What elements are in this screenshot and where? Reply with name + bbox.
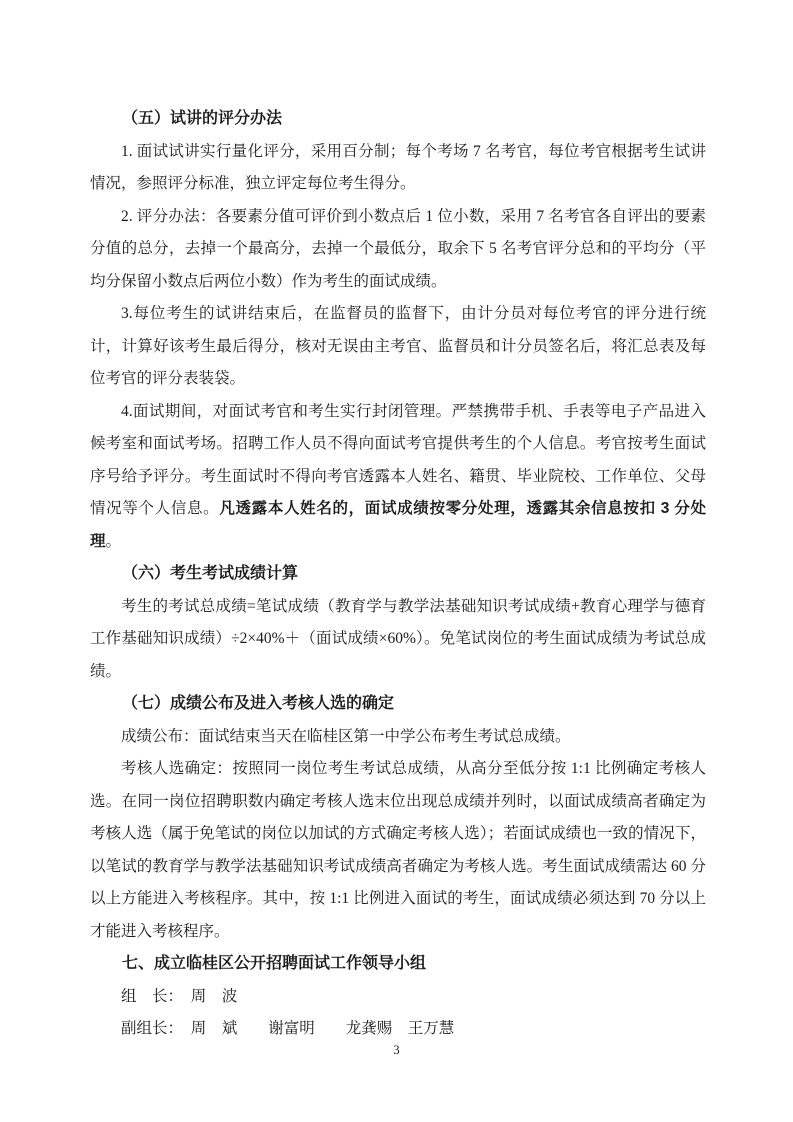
paragraph-scoring-2: 2. 评分办法：各要素分值可评价到小数点后 1 位小数，采用 7 名考官各自评出… — [90, 201, 706, 299]
section-heading-7: （七）成绩公布及进入考核人选的确定 — [90, 688, 706, 721]
paragraph-score-formula: 考生的考试总成绩=笔试成绩（教育学与教学法基础知识考试成绩+教育心理学与德育工作… — [90, 591, 706, 689]
section-heading-leader-group: 七、成立临桂区公开招聘面试工作领导小组 — [90, 948, 706, 981]
page-number: 3 — [0, 1042, 793, 1058]
paragraph-scoring-3: 3.每位考生的试讲结束后，在监督员的监督下，由计分员对每位考官的评分进行统计，计… — [90, 298, 706, 396]
paragraph-scoring-1: 1. 面试试讲实行量化评分，采用百分制；每个考场 7 名考官，每位考官根据考生试… — [90, 136, 706, 201]
paragraph-score-announcement: 成绩公布：面试结束当天在临桂区第一中学公布考生考试总成绩。 — [90, 721, 706, 754]
section-heading-5: （五）试讲的评分办法 — [90, 103, 706, 136]
deputy-leader-line: 副组长： 周 斌 谢富明 龙龚赐 王万慧 — [90, 1013, 706, 1046]
paragraph-candidate-determination: 考核人选确定：按照同一岗位考生考试总成绩，从高分至低分按 1:1 比例确定考核人… — [90, 753, 706, 948]
paragraph-4-period: 。 — [106, 533, 122, 550]
document-content: （五）试讲的评分办法 1. 面试试讲实行量化评分，采用百分制；每个考场 7 名考… — [90, 103, 706, 1046]
leader-line: 组 长： 周 波 — [90, 981, 706, 1014]
section-heading-6: （六）考生考试成绩计算 — [90, 558, 706, 591]
paragraph-scoring-4: 4.面试期间，对面试考官和考生实行封闭管理。严禁携带手机、手表等电子产品进入候考… — [90, 396, 706, 559]
document-page: （五）试讲的评分办法 1. 面试试讲实行量化评分，采用百分制；每个考场 7 名考… — [0, 0, 793, 1122]
